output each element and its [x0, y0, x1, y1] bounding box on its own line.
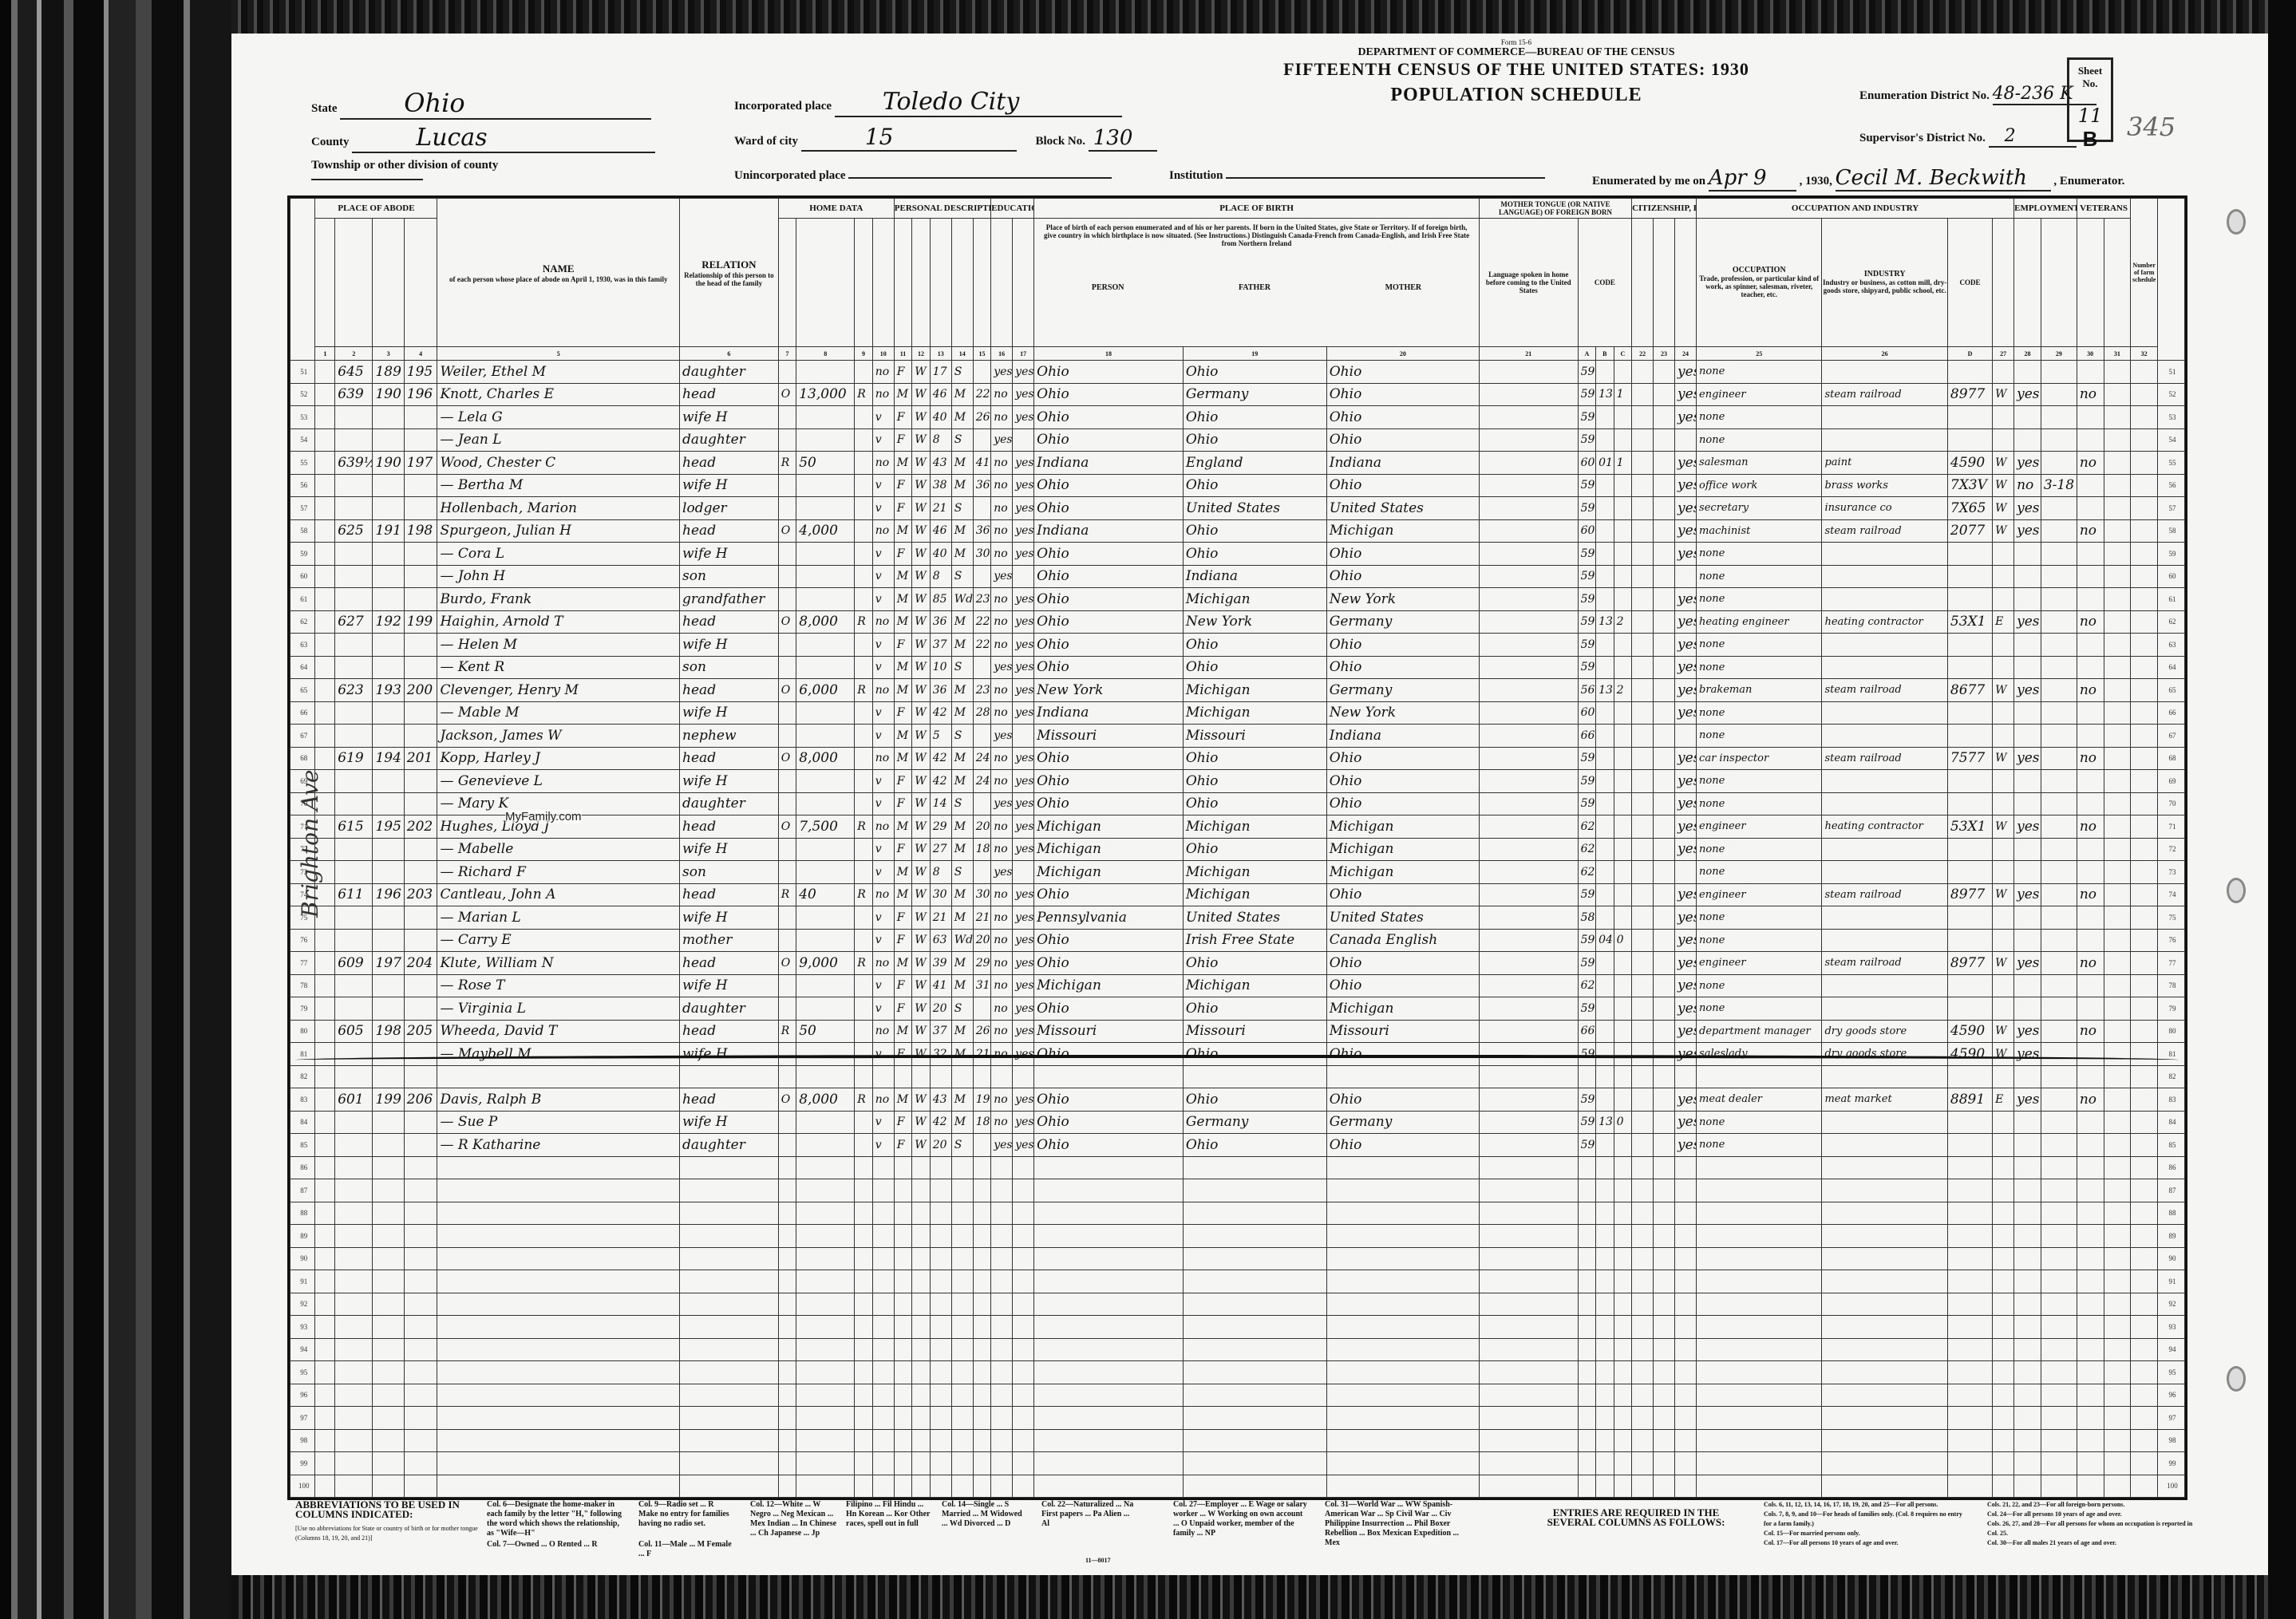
cell-street — [315, 1179, 335, 1202]
cell-birth-mother: Michigan — [1326, 519, 1479, 543]
cell-birth-person: Ohio — [1034, 1134, 1184, 1157]
cell-birth-mother — [1326, 1247, 1479, 1270]
line-number: 82 — [2158, 1065, 2185, 1088]
cell-unemp — [2041, 1020, 2077, 1043]
cell-school — [991, 1361, 1013, 1384]
cell-read: yes — [1013, 1088, 1034, 1112]
cell-farm: no — [872, 610, 894, 634]
cell-relation — [680, 1361, 779, 1384]
line-number: 84 — [290, 1111, 315, 1134]
cell-birth-father: Missouri — [1183, 1020, 1326, 1043]
cell-farm-sched — [2131, 497, 2158, 520]
column-number: 14 — [951, 347, 973, 361]
cell-birth-mother — [1326, 1156, 1479, 1179]
cell-family — [404, 1429, 437, 1452]
cell-radio — [855, 1020, 872, 1043]
table-row: 9494 — [290, 1338, 2185, 1361]
cell-relation: wife H — [680, 770, 779, 793]
cell-imm — [1654, 906, 1675, 930]
cell-code-b — [1596, 838, 1614, 861]
cell-occupation — [1697, 1407, 1822, 1430]
cell-name — [437, 1407, 680, 1430]
cell-code-b — [1596, 952, 1614, 975]
cell-code-a — [1578, 1225, 1595, 1248]
line-number: 88 — [290, 1202, 315, 1225]
cell-english: yes — [1675, 747, 1697, 770]
cell-birth-person: Ohio — [1034, 792, 1184, 815]
cell-radio — [855, 519, 872, 543]
cell-read: yes — [1013, 838, 1034, 861]
cell-family — [404, 770, 437, 793]
cell-age — [930, 1156, 951, 1179]
cell-vet: no — [2077, 383, 2104, 406]
cell-class — [1993, 543, 2014, 566]
cell-industry — [1822, 929, 1947, 952]
cell-occ-code — [1947, 1429, 1992, 1452]
cell-occupation — [1697, 1270, 1822, 1293]
line-number: 89 — [290, 1225, 315, 1248]
cell-farm-sched — [2131, 428, 2158, 452]
incorporated-place-field: Incorporated place Toledo City — [734, 88, 1122, 117]
cell-birth-father — [1183, 1452, 1326, 1475]
cell-occupation: none — [1697, 428, 1822, 452]
cell-birth-father: Michigan — [1183, 974, 1326, 997]
cell-street — [315, 1088, 335, 1112]
cell-value — [796, 1065, 855, 1088]
cell-radio — [855, 1293, 872, 1316]
cell-farm-sched — [2131, 1202, 2158, 1225]
cell-birth-mother: Germany — [1326, 1111, 1479, 1134]
cell-family — [404, 543, 437, 566]
cell-code-a: 59 — [1578, 383, 1595, 406]
cell-family: 201 — [404, 747, 437, 770]
cell-read — [1013, 1316, 1034, 1339]
cell-birth-mother: Ohio — [1326, 770, 1479, 793]
cell-owned: O — [778, 952, 796, 975]
cell-race: W — [912, 679, 930, 702]
cell-marital: M — [951, 952, 973, 975]
cell-code-c — [1614, 428, 1632, 452]
cell-code-c — [1614, 1407, 1632, 1430]
cell-work: yes — [2014, 497, 2041, 520]
cell-birth-father: Ohio — [1183, 1088, 1326, 1112]
cell-farm: v — [872, 634, 894, 657]
cell-value — [796, 1384, 855, 1407]
cell-farm-sched — [2131, 1407, 2158, 1430]
cell-school: yes — [991, 656, 1013, 679]
cell-value — [796, 1247, 855, 1270]
cell-birth-person — [1034, 1452, 1184, 1475]
cell-imm — [1654, 588, 1675, 611]
cell-family — [404, 1225, 437, 1248]
line-number: 84 — [2158, 1111, 2185, 1134]
cell-birth-mother: New York — [1326, 701, 1479, 725]
cell-house — [335, 634, 373, 657]
cell-relation — [680, 1270, 779, 1293]
cell-farm-sched — [2131, 1225, 2158, 1248]
cell-vet — [2077, 1338, 2104, 1361]
cell-code-a — [1578, 1270, 1595, 1293]
cell-sex: F — [894, 770, 911, 793]
cell-age — [930, 1475, 951, 1498]
cell-farm: v — [872, 792, 894, 815]
cell-relation — [680, 1407, 779, 1430]
cell-age: 20 — [930, 1134, 951, 1157]
cell-dwelling — [373, 1270, 404, 1293]
cell-work — [2014, 543, 2041, 566]
line-number: 73 — [2158, 861, 2185, 884]
table-row: 78— Rose Twife HvFW41M31noyesMichiganMic… — [290, 974, 2185, 997]
cell-code-b — [1596, 1156, 1614, 1179]
cell-name: — Marian L — [437, 906, 680, 930]
cell-house — [335, 1134, 373, 1157]
cell-english: yes — [1675, 906, 1697, 930]
cell-code-b — [1596, 406, 1614, 429]
cell-code-b — [1596, 1202, 1614, 1225]
cell-read: yes — [1013, 406, 1034, 429]
cell-radio — [855, 1452, 872, 1475]
cell-age: 43 — [930, 1088, 951, 1112]
cell-radio — [855, 1429, 872, 1452]
cell-nat — [1632, 838, 1654, 861]
cell-race: W — [912, 906, 930, 930]
cell-work: yes — [2014, 952, 2041, 975]
street-name-margin: Brighton Ave — [297, 770, 323, 918]
cell-value — [796, 1316, 855, 1339]
cell-occ-code — [1947, 1225, 1992, 1248]
cell-farm: no — [872, 1088, 894, 1112]
table-row: 59— Cora Lwife HvFW40M30noyesOhioOhioOhi… — [290, 543, 2185, 566]
cell-birth-person — [1034, 1225, 1184, 1248]
cell-marital — [951, 1361, 973, 1384]
cell-code-c — [1614, 725, 1632, 748]
cell-marital — [951, 1452, 973, 1475]
cell-class — [1993, 656, 2014, 679]
cell-war — [2104, 1384, 2131, 1407]
cell-age: 27 — [930, 838, 951, 861]
abbrev-col9: Col. 9—Radio set ... R Make no entry for… — [638, 1500, 734, 1529]
cell-industry — [1822, 634, 1947, 657]
cell-street — [315, 519, 335, 543]
cell-farm-sched — [2131, 952, 2158, 975]
cell-english: yes — [1675, 1088, 1697, 1112]
cell-occupation: none — [1697, 543, 1822, 566]
cell-relation — [680, 1293, 779, 1316]
cell-age: 41 — [930, 974, 951, 997]
cell-class: W — [1993, 1020, 2014, 1043]
binder-hole — [2227, 878, 2246, 903]
cell-birth-person: Ohio — [1034, 952, 1184, 975]
cell-dwelling — [373, 656, 404, 679]
cell-lang — [1479, 861, 1578, 884]
cell-lang — [1479, 1247, 1578, 1270]
column-number: 6 — [680, 347, 779, 361]
cell-relation: wife H — [680, 701, 779, 725]
cell-class — [1993, 634, 2014, 657]
cell-birth-person: Ohio — [1034, 1111, 1184, 1134]
cell-farm-sched — [2131, 610, 2158, 634]
cell-unemp — [2041, 1088, 2077, 1112]
cell-code-a — [1578, 1065, 1595, 1088]
cell-nat — [1632, 361, 1654, 384]
cell-class — [1993, 428, 2014, 452]
cell-code-b: 04 — [1596, 929, 1614, 952]
cell-sex: F — [894, 543, 911, 566]
incorporated-place-value: Toledo City — [835, 88, 1122, 117]
cell-owned — [778, 1384, 796, 1407]
cell-street — [315, 747, 335, 770]
cell-code-a — [1578, 1202, 1595, 1225]
cell-marital: M — [951, 815, 973, 839]
cell-industry — [1822, 1475, 1947, 1498]
cell-birth-person: Indiana — [1034, 452, 1184, 475]
cell-vet — [2077, 361, 2104, 384]
cell-code-a — [1578, 1293, 1595, 1316]
cell-birth-father: Missouri — [1183, 725, 1326, 748]
enumerator-name: Cecil M. Beckwith — [1836, 166, 2051, 192]
cell-sex: M — [894, 883, 911, 906]
cell-occupation — [1697, 1475, 1822, 1498]
cell-class: W — [1993, 383, 2014, 406]
cell-farm: v — [872, 1111, 894, 1134]
cell-occupation: engineer — [1697, 815, 1822, 839]
cell-sex: M — [894, 656, 911, 679]
line-number: 91 — [290, 1270, 315, 1293]
cell-sex: F — [894, 701, 911, 725]
cell-dwelling — [373, 1202, 404, 1225]
cell-farm — [872, 1316, 894, 1339]
cell-war — [2104, 838, 2131, 861]
cell-dwelling: 194 — [373, 747, 404, 770]
cell-sex: M — [894, 679, 911, 702]
cell-english — [1675, 565, 1697, 588]
cell-code-b — [1596, 1384, 1614, 1407]
cell-imm — [1654, 1225, 1675, 1248]
unincorporated-place-field: Unincorporated place — [734, 169, 1112, 183]
mother-tongue-header: MOTHER TONGUE (OR NATIVE LANGUAGE) OF FO… — [1479, 199, 1631, 219]
cell-race: W — [912, 656, 930, 679]
cell-code-c — [1614, 1179, 1632, 1202]
cell-war — [2104, 770, 2131, 793]
cell-occ-code: 8977 — [1947, 883, 1992, 906]
cell-sex: M — [894, 747, 911, 770]
microfilm-top-edge — [231, 0, 2296, 34]
cell-farm-sched — [2131, 1179, 2158, 1202]
cell-occ-code — [1947, 1202, 1992, 1225]
cell-farm — [872, 1452, 894, 1475]
cell-owned — [778, 474, 796, 497]
cell-age-marr — [973, 1202, 990, 1225]
cell-owned — [778, 1452, 796, 1475]
supervisor-district-label: Supervisor's District No. — [1859, 132, 1986, 144]
column-number: 21 — [1479, 347, 1578, 361]
cell-imm — [1654, 361, 1675, 384]
cell-class — [1993, 770, 2014, 793]
cell-school: no — [991, 883, 1013, 906]
cell-birth-person: Ohio — [1034, 361, 1184, 384]
cell-age-marr — [973, 1407, 990, 1430]
cell-dwelling — [373, 701, 404, 725]
cell-war — [2104, 861, 2131, 884]
abbreviations-note: [Use no abbreviations for State or count… — [295, 1524, 479, 1543]
cell-occupation: none — [1697, 770, 1822, 793]
cell-work — [2014, 1202, 2041, 1225]
cell-imm — [1654, 1293, 1675, 1316]
cell-age-marr: 22 — [973, 610, 990, 634]
cell-code-a: 62 — [1578, 815, 1595, 839]
cell-farm-sched — [2131, 361, 2158, 384]
education-header: EDUCATION — [991, 199, 1034, 219]
cell-unemp — [2041, 929, 2077, 952]
cell-house — [335, 1156, 373, 1179]
cell-value — [796, 1179, 855, 1202]
cell-owned — [778, 1475, 796, 1498]
line-number: 55 — [290, 452, 315, 475]
cell-school: no — [991, 1088, 1013, 1112]
cell-imm — [1654, 1270, 1675, 1293]
cell-code-b — [1596, 1429, 1614, 1452]
cell-value: 8,000 — [796, 610, 855, 634]
cell-radio — [855, 906, 872, 930]
cell-occupation — [1697, 1429, 1822, 1452]
line-number: 98 — [290, 1429, 315, 1452]
cell-english: yes — [1675, 361, 1697, 384]
name-header: NAMEof each person whose place of abode … — [437, 199, 680, 347]
cell-occ-code — [1947, 361, 1992, 384]
cell-english — [1675, 1202, 1697, 1225]
cell-marital — [951, 1475, 973, 1498]
cell-sex: F — [894, 474, 911, 497]
cell-vet — [2077, 792, 2104, 815]
microfilm-left-edge — [0, 0, 231, 1619]
cell-name: Cantleau, John A — [437, 883, 680, 906]
cell-unemp — [2041, 1270, 2077, 1293]
cell-farm — [872, 1270, 894, 1293]
column-number: 24 — [1675, 347, 1697, 361]
cell-work: yes — [2014, 1088, 2041, 1112]
cell-house — [335, 406, 373, 429]
cell-vet: no — [2077, 883, 2104, 906]
cell-dwelling: 190 — [373, 383, 404, 406]
abbrev-col31: Col. 31—World War ... WW Spanish-America… — [1325, 1500, 1468, 1548]
table-row: 56— Bertha Mwife HvFW38M36noyesOhioOhioO… — [290, 474, 2185, 497]
cell-birth-person: Michigan — [1034, 974, 1184, 997]
abbrev-col6: Col. 6—Designate the home-maker in each … — [487, 1500, 622, 1538]
cell-industry — [1822, 1111, 1947, 1134]
household-separator-line — [295, 1055, 2179, 1068]
cell-marital: S — [951, 656, 973, 679]
cell-birth-mother — [1326, 1338, 1479, 1361]
cell-class — [1993, 1270, 2014, 1293]
cell-race: W — [912, 1111, 930, 1134]
cell-birth-father: Ohio — [1183, 656, 1326, 679]
cell-school — [991, 1225, 1013, 1248]
cell-birth-person: Missouri — [1034, 725, 1184, 748]
cell-read: yes — [1013, 1134, 1034, 1157]
column-number: 18 — [1034, 347, 1184, 361]
cell-dwelling — [373, 974, 404, 997]
cell-value — [796, 861, 855, 884]
cell-value — [796, 1338, 855, 1361]
line-number: 90 — [290, 1247, 315, 1270]
cell-dwelling — [373, 474, 404, 497]
cell-unemp — [2041, 610, 2077, 634]
cell-work: yes — [2014, 610, 2041, 634]
cell-school — [991, 1384, 1013, 1407]
cell-sex — [894, 1225, 911, 1248]
cell-age-marr: 26 — [973, 1020, 990, 1043]
cell-occ-code — [1947, 1338, 1992, 1361]
cell-code-b — [1596, 1225, 1614, 1248]
cell-birth-father: Ohio — [1183, 474, 1326, 497]
cell-farm: no — [872, 679, 894, 702]
enumerated-year: , 1930, — [1800, 175, 1832, 188]
cell-house: 623 — [335, 679, 373, 702]
cell-occ-code: 53X1 — [1947, 610, 1992, 634]
print-code: 11—8017 — [1085, 1556, 1111, 1566]
cell-nat — [1632, 1134, 1654, 1157]
cell-marital — [951, 1247, 973, 1270]
cell-occupation: none — [1697, 906, 1822, 930]
cell-imm — [1654, 1202, 1675, 1225]
cell-work — [2014, 1429, 2041, 1452]
cell-age — [930, 1384, 951, 1407]
cell-name: Haighin, Arnold T — [437, 610, 680, 634]
table-row: 73— Richard FsonvMW8SyesMichiganMichigan… — [290, 861, 2185, 884]
cell-relation: head — [680, 519, 779, 543]
cell-war — [2104, 1134, 2131, 1157]
cell-owned — [778, 997, 796, 1021]
line-number: 53 — [2158, 406, 2185, 429]
cell-nat — [1632, 1452, 1654, 1475]
cell-radio — [855, 406, 872, 429]
cell-code-a — [1578, 1361, 1595, 1384]
cell-war — [2104, 792, 2131, 815]
ward-value: 15 — [801, 124, 1017, 152]
cell-birth-father: England — [1183, 452, 1326, 475]
cell-birth-person: Indiana — [1034, 701, 1184, 725]
cell-radio — [855, 974, 872, 997]
cell-relation — [680, 1338, 779, 1361]
cell-relation — [680, 1156, 779, 1179]
line-number: 63 — [290, 634, 315, 657]
cell-age-marr: 29 — [973, 952, 990, 975]
cell-farm — [872, 1293, 894, 1316]
cell-lang — [1479, 656, 1578, 679]
cell-class: W — [1993, 747, 2014, 770]
cell-owned — [778, 406, 796, 429]
cell-occupation: none — [1697, 792, 1822, 815]
cell-english — [1675, 1179, 1697, 1202]
cell-english: yes — [1675, 883, 1697, 906]
cell-unemp — [2041, 1475, 2077, 1498]
cell-code-c — [1614, 1384, 1632, 1407]
line-number: 57 — [290, 497, 315, 520]
cell-street — [315, 474, 335, 497]
cell-read — [1013, 428, 1034, 452]
cell-name: — Genevieve L — [437, 770, 680, 793]
cell-birth-mother: Michigan — [1326, 861, 1479, 884]
cell-work: yes — [2014, 1020, 2041, 1043]
cell-owned — [778, 838, 796, 861]
cell-race: W — [912, 952, 930, 975]
cell-radio — [855, 565, 872, 588]
abbrev-col22: Col. 22—Naturalized ... Na First papers … — [1041, 1500, 1137, 1529]
cell-work — [2014, 1384, 2041, 1407]
cell-occupation — [1697, 1202, 1822, 1225]
cell-imm — [1654, 725, 1675, 748]
cell-occ-code — [1947, 1270, 1992, 1293]
